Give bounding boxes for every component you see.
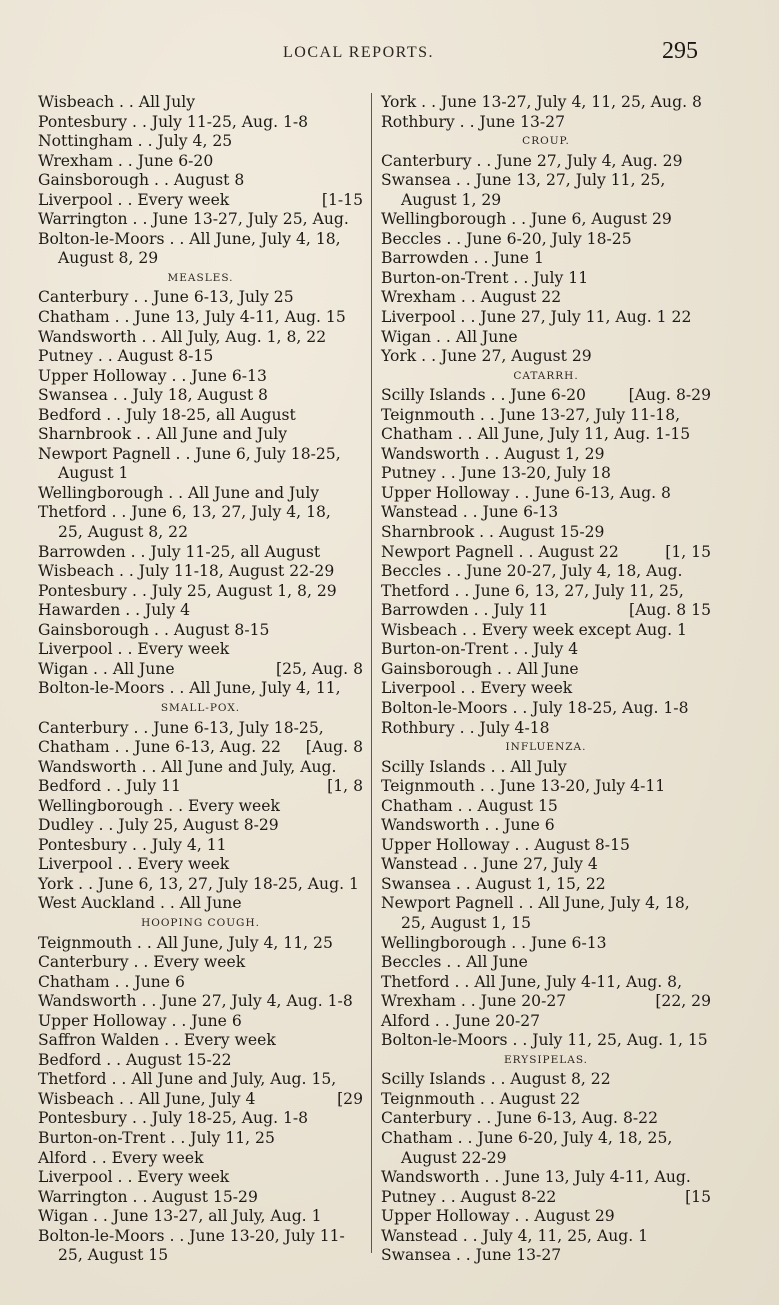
report-entry: Putney . . August 8-15 — [38, 347, 363, 367]
report-entry: Pontesbury . . July 25, August 1, 8, 29 — [38, 582, 363, 602]
entry-text: Wisbeach . . All July — [38, 93, 195, 111]
entry-text: Burton-on-Trent . . July 4 — [381, 640, 578, 658]
report-entry: Chatham . . June 6-20, July 4, 18, 25, — [381, 1129, 711, 1149]
entry-text: Wigan . . All June — [381, 328, 518, 346]
report-entry: Scilly Islands . . All July — [381, 758, 711, 778]
report-entry: Wandsworth . . All June and July, Aug. — [38, 758, 363, 778]
entry-text: Wrexham . . June 20-27 — [381, 992, 566, 1010]
entry-text: Bedford . . July 11 — [38, 777, 181, 795]
report-entry: West Auckland . . All June — [38, 894, 363, 914]
bracketed-overflow: [1, 15 — [665, 543, 711, 563]
report-entry: Bedford . . July 11[1, 8 — [38, 777, 363, 797]
entry-text: Newport Pagnell . . August 22 — [381, 543, 619, 561]
report-entry: Chatham . . June 6-13, Aug. 22[Aug. 8 — [38, 738, 363, 758]
entry-text: Thetford . . All June, July 4-11, Aug. 8… — [381, 973, 682, 991]
bracketed-overflow: [1-15 — [322, 191, 363, 211]
page-title: LOCAL REPORTS. — [283, 44, 434, 62]
bracketed-overflow: [15 — [685, 1188, 711, 1208]
entry-text: Liverpool . . Every week — [381, 679, 572, 697]
entry-text: 25, August 15 — [58, 1246, 168, 1264]
section-heading: HOOPING COUGH. — [38, 914, 363, 934]
entry-continuation: 25, August 8, 22 — [38, 523, 363, 543]
report-entry: Wisbeach . . Every week except Aug. 1 — [381, 621, 711, 641]
entry-text: Liverpool . . June 27, July 11, Aug. 1 2… — [381, 308, 691, 326]
report-entry: Putney . . August 8-22[15 — [381, 1188, 711, 1208]
entry-text: Liverpool . . Every week — [38, 191, 229, 209]
bracketed-overflow: [22, 29 — [655, 992, 711, 1012]
entry-text: Warrington . . August 15-29 — [38, 1188, 258, 1206]
report-entry: Liverpool . . Every week — [38, 1168, 363, 1188]
entry-text: Liverpool . . Every week — [38, 640, 229, 658]
report-entry: Rothbury . . June 13-27 — [381, 113, 711, 133]
entry-text: Canterbury . . June 27, July 4, Aug. 29 — [381, 152, 683, 170]
entry-text: Wandsworth . . June 6 — [381, 816, 555, 834]
report-entry: Wandsworth . . All July, Aug. 1, 8, 22 — [38, 328, 363, 348]
section-heading: MEASLES. — [38, 269, 363, 289]
entry-text: Thetford . . June 6, 13, 27, July 11, 25… — [381, 582, 684, 600]
report-entry: Wrexham . . June 6-20 — [38, 152, 363, 172]
entry-text: August 1, 29 — [401, 191, 501, 209]
report-entry: Bolton-le-Moors . . All June, July 4, 11… — [38, 679, 363, 699]
entry-text: Liverpool . . Every week — [38, 855, 229, 873]
report-entry: Scilly Islands . . August 8, 22 — [381, 1070, 711, 1090]
report-entry: Wisbeach . . All July — [38, 93, 363, 113]
report-entry: Swansea . . June 13-27 — [381, 1246, 711, 1266]
running-head: LOCAL REPORTS. 295 — [0, 44, 779, 70]
entry-text: York . . June 27, August 29 — [381, 347, 592, 365]
report-entry: Hawarden . . July 4 — [38, 601, 363, 621]
report-entry: Alford . . June 20-27 — [381, 1012, 711, 1032]
report-entry: Beccles . . June 20-27, July 4, 18, Aug. — [381, 562, 711, 582]
entry-text: Rothbury . . June 13-27 — [381, 113, 565, 131]
entry-text: Pontesbury . . July 4, 11 — [38, 836, 227, 854]
section-heading: SMALL-POX. — [38, 699, 363, 719]
entry-text: Swansea . . June 13, 27, July 11, 25, — [381, 171, 665, 189]
entry-text: Scilly Islands . . All July — [381, 758, 567, 776]
entry-text: Canterbury . . June 6-13, July 18-25, — [38, 719, 324, 737]
report-entry: Bolton-le-Moors . . July 18-25, Aug. 1-8 — [381, 699, 711, 719]
report-entry: Beccles . . June 6-20, July 18-25 — [381, 230, 711, 250]
entry-text: Teignmouth . . All June, July 4, 11, 25 — [38, 934, 333, 952]
report-entry: Newport Pagnell . . All June, July 4, 18… — [381, 894, 711, 914]
report-entry: Swansea . . June 13, 27, July 11, 25, — [381, 171, 711, 191]
entry-text: Bedford . . July 18-25, all August — [38, 406, 296, 424]
report-entry: Wandsworth . . June 27, July 4, Aug. 1-8 — [38, 992, 363, 1012]
report-entry: Liverpool . . Every week — [38, 640, 363, 660]
report-entry: Canterbury . . June 6-13, July 25 — [38, 288, 363, 308]
report-entry: Thetford . . June 6, 13, 27, July 4, 18, — [38, 503, 363, 523]
entry-text: Teignmouth . . June 13-20, July 4-11 — [381, 777, 665, 795]
entry-text: Wrexham . . June 6-20 — [38, 152, 213, 170]
entry-text: Wisbeach . . July 11-18, August 22-29 — [38, 562, 334, 580]
report-entry: Pontesbury . . July 4, 11 — [38, 836, 363, 856]
report-entry: Upper Holloway . . June 6-13, Aug. 8 — [381, 484, 711, 504]
report-entry: Scilly Islands . . June 6-20[Aug. 8-29 — [381, 386, 711, 406]
report-entry: Bedford . . July 18-25, all August — [38, 406, 363, 426]
entry-continuation: August 22-29 — [381, 1149, 711, 1169]
entry-text: Dudley . . July 25, August 8-29 — [38, 816, 279, 834]
entry-continuation: 25, August 15 — [38, 1246, 363, 1266]
entry-text: Wanstead . . June 6-13 — [381, 503, 558, 521]
entry-text: Upper Holloway . . June 6-13 — [38, 367, 267, 385]
report-entry: Wellingborough . . June 6-13 — [381, 934, 711, 954]
report-entry: Pontesbury . . July 11-25, Aug. 1-8 — [38, 113, 363, 133]
section-heading: ERYSIPELAS. — [381, 1051, 711, 1071]
report-entry: Newport Pagnell . . August 22[1, 15 — [381, 543, 711, 563]
report-entry: Thetford . . All June and July, Aug. 15, — [38, 1070, 363, 1090]
report-entry: Gainsborough . . August 8-15 — [38, 621, 363, 641]
entry-text: Burton-on-Trent . . July 11, 25 — [38, 1129, 275, 1147]
entry-text: Chatham . . All June, July 11, Aug. 1-15 — [381, 425, 690, 443]
report-entry: Liverpool . . June 27, July 11, Aug. 1 2… — [381, 308, 711, 328]
report-entry: Burton-on-Trent . . July 11 — [381, 269, 711, 289]
entry-text: Wandsworth . . August 1, 29 — [381, 445, 605, 463]
report-entry: Teignmouth . . June 13-27, July 11-18, — [381, 406, 711, 426]
report-entry: Bolton-le-Moors . . June 13-20, July 11- — [38, 1227, 363, 1247]
entry-text: Wisbeach . . All June, July 4 — [38, 1090, 255, 1108]
entry-text: Pontesbury . . July 18-25, Aug. 1-8 — [38, 1109, 308, 1127]
report-entry: Barrowden . . July 11-25, all August — [38, 543, 363, 563]
entry-text: Upper Holloway . . August 8-15 — [381, 836, 630, 854]
bracketed-overflow: [1, 8 — [327, 777, 363, 797]
entry-text: Wellingborough . . Every week — [38, 797, 280, 815]
entry-text: Gainsborough . . August 8 — [38, 171, 244, 189]
report-entry: York . . June 13-27, July 4, 11, 25, Aug… — [381, 93, 711, 113]
report-entry: Newport Pagnell . . June 6, July 18-25, — [38, 445, 363, 465]
report-entry: Chatham . . All June, July 11, Aug. 1-15 — [381, 425, 711, 445]
entry-text: West Auckland . . All June — [38, 894, 242, 912]
report-entry: Bedford . . August 15-22 — [38, 1051, 363, 1071]
entry-text: Sharnbrook . . August 15-29 — [381, 523, 604, 541]
entry-text: Upper Holloway . . June 6-13, Aug. 8 — [381, 484, 671, 502]
report-entry: Bolton-le-Moors . . All June, July 4, 18… — [38, 230, 363, 250]
report-entry: Wrexham . . August 22 — [381, 288, 711, 308]
entry-text: August 1 — [58, 464, 128, 482]
report-entry: Chatham . . August 15 — [381, 797, 711, 817]
entry-text: Swansea . . June 13-27 — [381, 1246, 561, 1264]
entry-text: Wanstead . . June 27, July 4 — [381, 855, 598, 873]
entry-text: York . . June 13-27, July 4, 11, 25, Aug… — [381, 93, 702, 111]
report-entry: Wigan . . All June[25, Aug. 8 — [38, 660, 363, 680]
entry-text: Gainsborough . . All June — [381, 660, 579, 678]
book-page: LOCAL REPORTS. 295 Wisbeach . . All July… — [0, 0, 779, 1305]
report-entry: Wanstead . . July 4, 11, 25, Aug. 1 — [381, 1227, 711, 1247]
entry-text: Wandsworth . . All July, Aug. 1, 8, 22 — [38, 328, 326, 346]
report-entry: Chatham . . June 6 — [38, 973, 363, 993]
bracketed-overflow: [Aug. 8 — [306, 738, 363, 758]
entry-text: Teignmouth . . August 22 — [381, 1090, 580, 1108]
report-entry: Dudley . . July 25, August 8-29 — [38, 816, 363, 836]
entry-text: Scilly Islands . . June 6-20 — [381, 386, 586, 404]
entry-text: Wandsworth . . June 13, July 4-11, Aug. — [381, 1168, 691, 1186]
report-entry: Barrowden . . July 11[Aug. 8 15 — [381, 601, 711, 621]
entry-text: Swansea . . July 18, August 8 — [38, 386, 268, 404]
report-entry: Liverpool . . Every week — [381, 679, 711, 699]
entry-text: Chatham . . June 6 — [38, 973, 185, 991]
entry-text: Bolton-le-Moors . . July 11, 25, Aug. 1,… — [381, 1031, 708, 1049]
entry-text: Alford . . Every week — [38, 1149, 204, 1167]
report-entry: Wellingborough . . June 6, August 29 — [381, 210, 711, 230]
entry-text: Putney . . June 13-20, July 18 — [381, 464, 611, 482]
report-entry: Rothbury . . July 4-18 — [381, 719, 711, 739]
report-entry: Upper Holloway . . June 6 — [38, 1012, 363, 1032]
bracketed-overflow: [25, Aug. 8 — [276, 660, 363, 680]
entry-text: Warrington . . June 13-27, July 25, Aug. — [38, 210, 349, 228]
report-entry: Wandsworth . . June 13, July 4-11, Aug. — [381, 1168, 711, 1188]
entry-text: York . . June 6, 13, 27, July 18-25, Aug… — [38, 875, 359, 893]
entry-text: Canterbury . . June 6-13, July 25 — [38, 288, 294, 306]
report-entry: Sharnbrook . . All June and July — [38, 425, 363, 445]
entry-text: Bedford . . August 15-22 — [38, 1051, 232, 1069]
entry-text: Bolton-le-Moors . . June 13-20, July 11- — [38, 1227, 345, 1245]
entry-text: Chatham . . June 6-13, Aug. 22 — [38, 738, 281, 756]
entry-text: Barrowden . . June 1 — [381, 249, 544, 267]
entry-text: Beccles . . June 6-20, July 18-25 — [381, 230, 632, 248]
entry-text: August 22-29 — [401, 1149, 507, 1167]
report-entry: Putney . . June 13-20, July 18 — [381, 464, 711, 484]
report-entry: Canterbury . . June 6-13, Aug. 8-22 — [381, 1109, 711, 1129]
right-column: York . . June 13-27, July 4, 11, 25, Aug… — [381, 93, 711, 1266]
report-entry: Swansea . . July 18, August 8 — [38, 386, 363, 406]
bracketed-overflow: [Aug. 8 15 — [629, 601, 711, 621]
entry-text: Barrowden . . July 11-25, all August — [38, 543, 320, 561]
report-entry: Upper Holloway . . June 6-13 — [38, 367, 363, 387]
report-entry: Swansea . . August 1, 15, 22 — [381, 875, 711, 895]
entry-continuation: August 1 — [38, 464, 363, 484]
report-entry: Chatham . . June 13, July 4-11, Aug. 15 — [38, 308, 363, 328]
report-entry: Wisbeach . . All June, July 4[29 — [38, 1090, 363, 1110]
entry-text: Newport Pagnell . . All June, July 4, 18… — [381, 894, 690, 912]
report-entry: York . . June 6, 13, 27, July 18-25, Aug… — [38, 875, 363, 895]
entry-text: Wandsworth . . June 27, July 4, Aug. 1-8 — [38, 992, 353, 1010]
entry-continuation: 25, August 1, 15 — [381, 914, 711, 934]
entry-text: Teignmouth . . June 13-27, July 11-18, — [381, 406, 680, 424]
entry-text: Swansea . . August 1, 15, 22 — [381, 875, 606, 893]
report-entry: Thetford . . June 6, 13, 27, July 11, 25… — [381, 582, 711, 602]
entry-text: Upper Holloway . . June 6 — [38, 1012, 242, 1030]
report-entry: Wigan . . June 13-27, all July, Aug. 1 — [38, 1207, 363, 1227]
entry-text: Bolton-le-Moors . . All June, July 4, 11… — [38, 679, 341, 697]
entry-text: Wellingborough . . June 6, August 29 — [381, 210, 672, 228]
entry-text: Wellingborough . . June 6-13 — [381, 934, 607, 952]
report-entry: Wellingborough . . All June and July — [38, 484, 363, 504]
report-entry: Saffron Walden . . Every week — [38, 1031, 363, 1051]
entry-text: Canterbury . . June 6-13, Aug. 8-22 — [381, 1109, 658, 1127]
report-entry: Wigan . . All June — [381, 328, 711, 348]
entry-text: Bolton-le-Moors . . All June, July 4, 18… — [38, 230, 341, 248]
report-entry: Burton-on-Trent . . July 11, 25 — [38, 1129, 363, 1149]
entry-text: Wanstead . . July 4, 11, 25, Aug. 1 — [381, 1227, 648, 1245]
report-entry: Burton-on-Trent . . July 4 — [381, 640, 711, 660]
report-entry: Teignmouth . . August 22 — [381, 1090, 711, 1110]
entry-text: Putney . . August 8-15 — [38, 347, 213, 365]
entry-text: Beccles . . All June — [381, 953, 528, 971]
entry-text: Newport Pagnell . . June 6, July 18-25, — [38, 445, 341, 463]
entry-text: Wisbeach . . Every week except Aug. 1 — [381, 621, 687, 639]
entry-text: Hawarden . . July 4 — [38, 601, 190, 619]
left-column: Wisbeach . . All JulyPontesbury . . July… — [38, 93, 363, 1266]
report-entry: Wisbeach . . July 11-18, August 22-29 — [38, 562, 363, 582]
entry-text: Canterbury . . Every week — [38, 953, 245, 971]
report-entry: Thetford . . All June, July 4-11, Aug. 8… — [381, 973, 711, 993]
report-entry: Wrexham . . June 20-27[22, 29 — [381, 992, 711, 1012]
entry-text: Wrexham . . August 22 — [381, 288, 561, 306]
entry-continuation: August 8, 29 — [38, 249, 363, 269]
report-entry: Wellingborough . . Every week — [38, 797, 363, 817]
entry-text: Wigan . . June 13-27, all July, Aug. 1 — [38, 1207, 322, 1225]
report-entry: Beccles . . All June — [381, 953, 711, 973]
report-entry: Liverpool . . Every week — [38, 855, 363, 875]
entry-text: Wigan . . All June — [38, 660, 175, 678]
entry-text: Putney . . August 8-22 — [381, 1188, 556, 1206]
entry-text: Upper Holloway . . August 29 — [381, 1207, 615, 1225]
entry-text: 25, August 1, 15 — [401, 914, 531, 932]
section-heading: CATARRH. — [381, 367, 711, 387]
entry-text: Sharnbrook . . All June and July — [38, 425, 287, 443]
entry-text: Chatham . . June 6-20, July 4, 18, 25, — [381, 1129, 672, 1147]
report-entry: Wandsworth . . August 1, 29 — [381, 445, 711, 465]
report-entry: Teignmouth . . June 13-20, July 4-11 — [381, 777, 711, 797]
entry-text: Pontesbury . . July 25, August 1, 8, 29 — [38, 582, 337, 600]
report-entry: Sharnbrook . . August 15-29 — [381, 523, 711, 543]
entry-text: Chatham . . June 13, July 4-11, Aug. 15 — [38, 308, 346, 326]
report-entry: Nottingham . . July 4, 25 — [38, 132, 363, 152]
entry-text: Rothbury . . July 4-18 — [381, 719, 550, 737]
report-entry: Warrington . . August 15-29 — [38, 1188, 363, 1208]
report-entry: Bolton-le-Moors . . July 11, 25, Aug. 1,… — [381, 1031, 711, 1051]
report-entry: Upper Holloway . . August 29 — [381, 1207, 711, 1227]
report-entry: Upper Holloway . . August 8-15 — [381, 836, 711, 856]
entry-text: Wandsworth . . All June and July, Aug. — [38, 758, 336, 776]
entry-text: Bolton-le-Moors . . July 18-25, Aug. 1-8 — [381, 699, 689, 717]
report-entry: York . . June 27, August 29 — [381, 347, 711, 367]
report-entry: Wanstead . . June 6-13 — [381, 503, 711, 523]
report-entry: Liverpool . . Every week[1-15 — [38, 191, 363, 211]
entry-text: Alford . . June 20-27 — [381, 1012, 540, 1030]
report-entry: Wanstead . . June 27, July 4 — [381, 855, 711, 875]
entry-text: Thetford . . June 6, 13, 27, July 4, 18, — [38, 503, 331, 521]
entry-text: Gainsborough . . August 8-15 — [38, 621, 269, 639]
bracketed-overflow: [Aug. 8-29 — [629, 386, 711, 406]
entry-text: August 8, 29 — [58, 249, 158, 267]
report-entry: Gainsborough . . All June — [381, 660, 711, 680]
entry-text: Barrowden . . July 11 — [381, 601, 548, 619]
entry-text: Beccles . . June 20-27, July 4, 18, Aug. — [381, 562, 682, 580]
report-entry: Teignmouth . . All June, July 4, 11, 25 — [38, 934, 363, 954]
entry-text: Chatham . . August 15 — [381, 797, 558, 815]
report-entry: Gainsborough . . August 8 — [38, 171, 363, 191]
report-entry: Barrowden . . June 1 — [381, 249, 711, 269]
report-entry: Alford . . Every week — [38, 1149, 363, 1169]
entry-text: Wellingborough . . All June and July — [38, 484, 319, 502]
report-entry: Canterbury . . Every week — [38, 953, 363, 973]
report-entry: Wandsworth . . June 6 — [381, 816, 711, 836]
entry-continuation: August 1, 29 — [381, 191, 711, 211]
bracketed-overflow: [29 — [337, 1090, 363, 1110]
entry-text: Burton-on-Trent . . July 11 — [381, 269, 588, 287]
section-heading: CROUP. — [381, 132, 711, 152]
entry-text: Pontesbury . . July 11-25, Aug. 1-8 — [38, 113, 308, 131]
entry-text: 25, August 8, 22 — [58, 523, 188, 541]
report-entry: Canterbury . . June 27, July 4, Aug. 29 — [381, 152, 711, 172]
entry-text: Saffron Walden . . Every week — [38, 1031, 276, 1049]
entry-text: Scilly Islands . . August 8, 22 — [381, 1070, 611, 1088]
section-heading: INFLUENZA. — [381, 738, 711, 758]
entry-text: Thetford . . All June and July, Aug. 15, — [38, 1070, 336, 1088]
page-number: 295 — [662, 38, 698, 65]
report-entry: Warrington . . June 13-27, July 25, Aug. — [38, 210, 363, 230]
entry-text: Nottingham . . July 4, 25 — [38, 132, 232, 150]
entry-text: Liverpool . . Every week — [38, 1168, 229, 1186]
report-entry: Pontesbury . . July 18-25, Aug. 1-8 — [38, 1109, 363, 1129]
column-divider — [371, 93, 372, 1253]
report-entry: Canterbury . . June 6-13, July 18-25, — [38, 719, 363, 739]
